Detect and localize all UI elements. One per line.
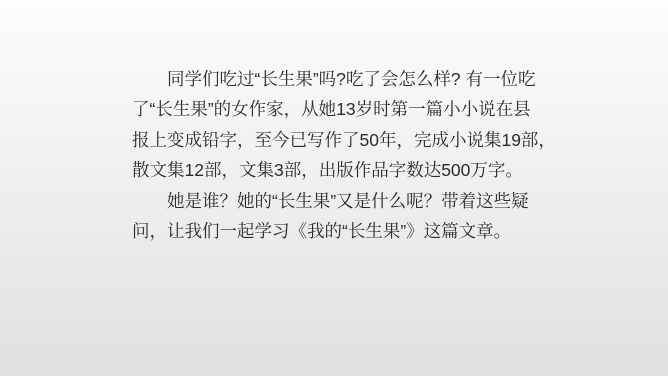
text-line: 了“长生果”的女作家，从她13岁时第一篇小小说在县 xyxy=(132,94,562,124)
slide-body-text: 同学们吃过“长生果”吗?吃了会怎么样? 有一位吃了“长生果”的女作家，从她13岁… xyxy=(132,64,562,246)
presentation-slide: 同学们吃过“长生果”吗?吃了会怎么样? 有一位吃了“长生果”的女作家，从她13岁… xyxy=(0,0,668,376)
paragraph: 她是谁？她的“长生果”又是什么呢？带着这些疑问，让我们一起学习《我的“长生果”》… xyxy=(132,186,562,247)
text-line: 散文集12部，文集3部，出版作品字数达500万字。 xyxy=(132,155,562,185)
text-line: 问，让我们一起学习《我的“长生果”》这篇文章。 xyxy=(132,216,562,246)
text-line: 她是谁？她的“长生果”又是什么呢？带着这些疑 xyxy=(132,186,562,216)
paragraph: 同学们吃过“长生果”吗?吃了会怎么样? 有一位吃了“长生果”的女作家，从她13岁… xyxy=(132,64,562,186)
text-line: 报上变成铅字，至今已写作了50年，完成小说集19部， xyxy=(132,125,562,155)
text-line: 同学们吃过“长生果”吗?吃了会怎么样? 有一位吃 xyxy=(132,64,562,94)
